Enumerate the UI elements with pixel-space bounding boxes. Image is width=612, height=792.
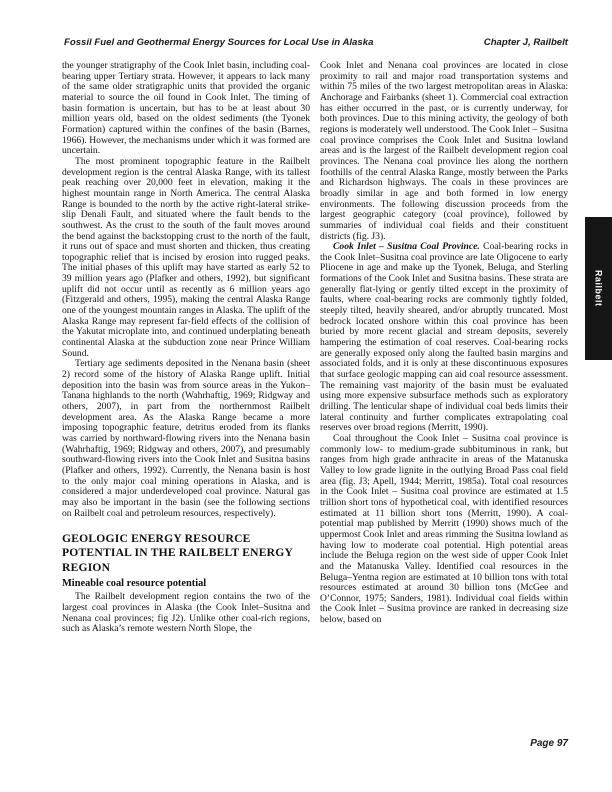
paragraph: Cook Inlet – Susitna Coal Province. Coal… — [320, 242, 568, 434]
subsection-heading: Mineable coal resource potential — [62, 578, 310, 591]
paragraph: Coal throughout the Cook Inlet – Susitna… — [320, 434, 568, 626]
paragraph-continuation: the younger stratigraphy of the Cook Inl… — [62, 61, 310, 157]
side-tab-label: Railbelt — [594, 270, 604, 307]
page-footer: Page 97 — [62, 738, 568, 749]
paragraph-lead-in: Cook Inlet – Susitna Coal Province. — [333, 241, 480, 252]
paragraph: The Railbelt development region contains… — [62, 592, 310, 635]
railbelt-side-tab: Railbelt — [585, 217, 612, 360]
paragraph-continuation: Cook Inlet and Nenana coal provinces are… — [320, 61, 568, 242]
page-number: Page 97 — [530, 738, 568, 749]
page-header: Fossil Fuel and Geothermal Energy Source… — [64, 37, 568, 48]
running-title: Fossil Fuel and Geothermal Energy Source… — [64, 37, 373, 48]
document-page: Fossil Fuel and Geothermal Energy Source… — [0, 0, 612, 792]
left-column: the younger stratigraphy of the Cook Inl… — [62, 61, 310, 723]
paragraph: Tertiary age sediments deposited in the … — [62, 359, 310, 519]
body-columns: the younger stratigraphy of the Cook Inl… — [62, 61, 568, 723]
paragraph: The most prominent topographic feature i… — [62, 157, 310, 359]
section-heading: GEOLOGIC ENERGY RESOURCE POTENTIAL IN TH… — [62, 532, 310, 575]
paragraph-text: Coal-bearing rocks in the Cook Inlet–Sus… — [320, 241, 568, 433]
right-column: Cook Inlet and Nenana coal provinces are… — [320, 61, 568, 723]
chapter-label: Chapter J, Railbelt — [484, 37, 568, 48]
